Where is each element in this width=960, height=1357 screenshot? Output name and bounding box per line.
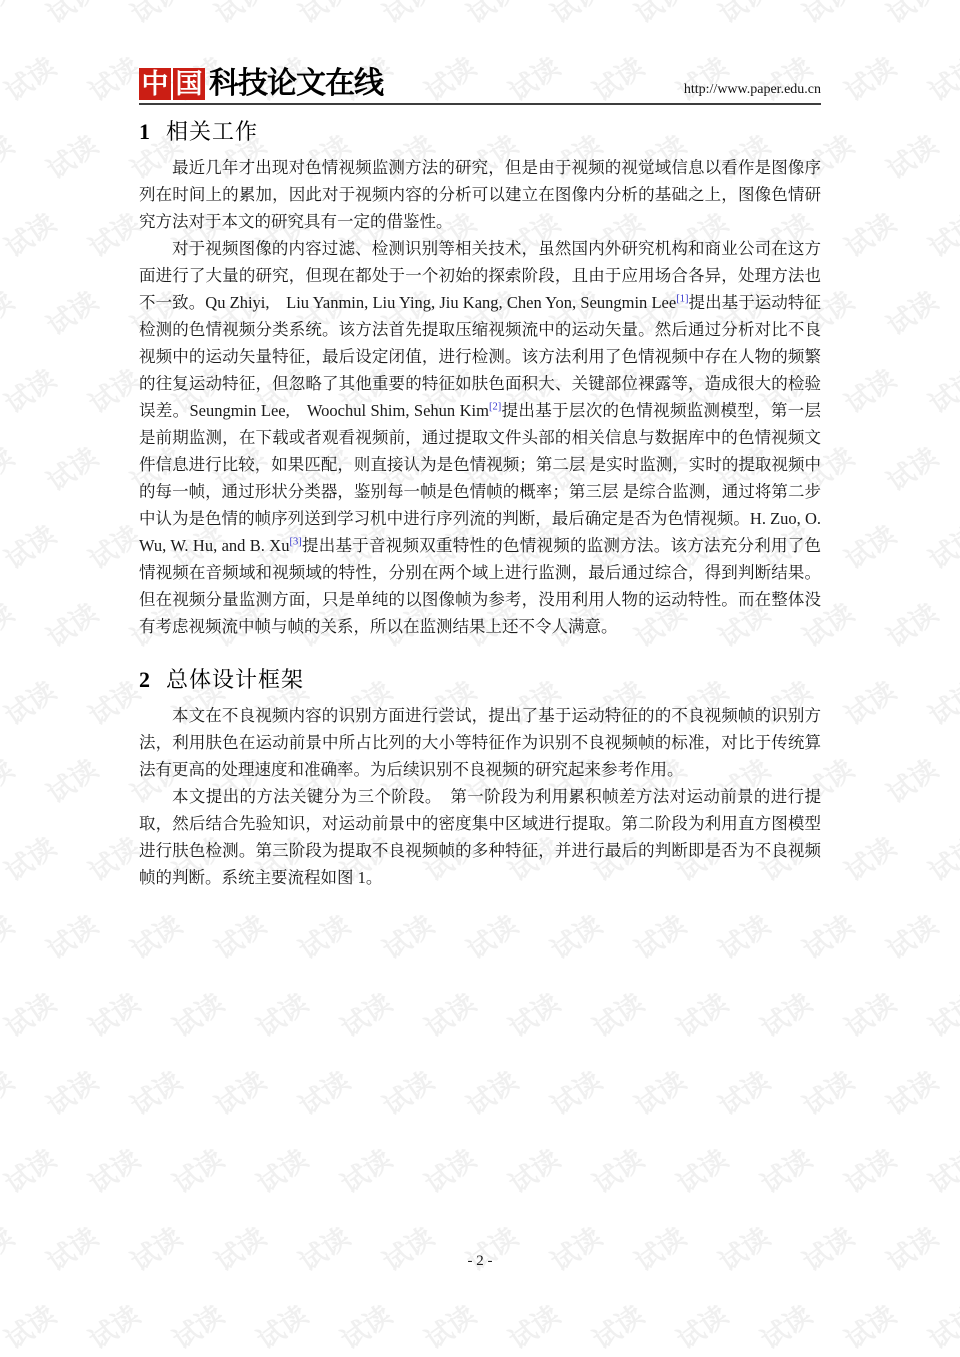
watermark-text: 试读 xyxy=(0,1138,62,1201)
watermark-text: 试读 xyxy=(416,982,483,1045)
watermark-text: 试读 xyxy=(920,982,960,1045)
watermark-text: 试读 xyxy=(0,904,20,967)
site-logo: 中 国 科技论文在线 xyxy=(139,68,383,100)
watermark-text: 试读 xyxy=(374,904,441,967)
watermark-text: 试读 xyxy=(626,1060,693,1123)
watermark-text: 试读 xyxy=(0,1294,62,1357)
watermark-text: 试读 xyxy=(794,904,861,967)
logo-box-char: 国 xyxy=(173,68,205,100)
watermark-text: 试读 xyxy=(0,1060,20,1123)
reference-superscript: [1] xyxy=(676,294,688,305)
section-number: 1 xyxy=(139,119,150,144)
watermark-text: 试读 xyxy=(752,1294,819,1357)
reference-superscript: [3] xyxy=(289,537,301,548)
watermark-text: 试读 xyxy=(206,904,273,967)
watermark-text: 试读 xyxy=(584,1138,651,1201)
watermark-text: 试读 xyxy=(542,904,609,967)
page-header: 中 国 科技论文在线 http://www.paper.edu.cn xyxy=(139,68,821,105)
watermark-text: 试读 xyxy=(710,904,777,967)
watermark-text: 试读 xyxy=(668,982,735,1045)
watermark-text: 试读 xyxy=(668,1294,735,1357)
watermark-text: 试读 xyxy=(500,1294,567,1357)
watermark-text: 试读 xyxy=(164,1138,231,1201)
watermark-text: 试读 xyxy=(878,904,945,967)
section-number: 2 xyxy=(139,667,150,692)
watermark-text: 试读 xyxy=(710,1060,777,1123)
watermark-text: 试读 xyxy=(38,1060,105,1123)
paragraph: 本文在不良视频内容的识别方面进行尝试，提出了基于运动特征的的不良视频帧的识别方法… xyxy=(139,702,821,783)
watermark-text: 试读 xyxy=(920,1138,960,1201)
reference-superscript: [2] xyxy=(489,402,501,413)
watermark-text: 试读 xyxy=(416,1294,483,1357)
document-page: 试读试读试读试读试读试读试读试读试读试读试读试读试读试读试读试读试读试读试读试读… xyxy=(0,0,960,1357)
watermark-text: 试读 xyxy=(332,1138,399,1201)
paragraph-text: 本文提出的方法关键分为三个阶段。 第一阶段为利用累积帧差方法对运动前景的进行提取… xyxy=(139,787,821,887)
watermark-text: 试读 xyxy=(752,982,819,1045)
site-url: http://www.paper.edu.cn xyxy=(684,82,821,100)
watermark-text: 试读 xyxy=(122,904,189,967)
watermark-text: 试读 xyxy=(416,1138,483,1201)
watermark-text: 试读 xyxy=(290,1060,357,1123)
paragraph: 对于视频图像的内容过滤、检测识别等相关技术，虽然国内外研究机构和商业公司在这方面… xyxy=(139,235,821,640)
watermark-text: 试读 xyxy=(0,982,62,1045)
section-heading-2: 2总体设计框架 xyxy=(139,667,821,693)
watermark-text: 试读 xyxy=(584,982,651,1045)
watermark-text: 试读 xyxy=(164,982,231,1045)
page-footer: - 2 - xyxy=(0,1253,960,1270)
watermark-text: 试读 xyxy=(500,1138,567,1201)
section-heading-1: 1相关工作 xyxy=(139,119,821,145)
watermark-text: 试读 xyxy=(206,1060,273,1123)
paragraph: 本文提出的方法关键分为三个阶段。 第一阶段为利用累积帧差方法对运动前景的进行提取… xyxy=(139,783,821,891)
watermark-text: 试读 xyxy=(836,1294,903,1357)
page-number: - 2 - xyxy=(468,1253,493,1269)
section-title: 总体设计框架 xyxy=(166,667,304,692)
watermark-text: 试读 xyxy=(458,904,525,967)
watermark-text: 试读 xyxy=(836,982,903,1045)
watermark-text: 试读 xyxy=(668,1138,735,1201)
watermark-text: 试读 xyxy=(80,1138,147,1201)
paragraph-text: 本文在不良视频内容的识别方面进行尝试，提出了基于运动特征的的不良视频帧的识别方法… xyxy=(139,706,821,779)
watermark-text: 试读 xyxy=(920,1294,960,1357)
watermark-text: 试读 xyxy=(164,1294,231,1357)
watermark-text: 试读 xyxy=(332,1294,399,1357)
watermark-text: 试读 xyxy=(878,1060,945,1123)
watermark-text: 试读 xyxy=(794,1060,861,1123)
watermark-text: 试读 xyxy=(122,1060,189,1123)
watermark-text: 试读 xyxy=(38,904,105,967)
watermark-text: 试读 xyxy=(332,982,399,1045)
paragraph: 最近几年才出现对色情视频监测方法的研究，但是由于视频的视觉域信息以看作是图像序列… xyxy=(139,154,821,235)
watermark-text: 试读 xyxy=(626,904,693,967)
watermark-text: 试读 xyxy=(752,1138,819,1201)
watermark-text: 试读 xyxy=(248,1138,315,1201)
paragraph-text: 提出基于层次的色情视频监测模型，第一层 是前期监测，在下载或者观看视频前，通过提… xyxy=(139,401,821,555)
watermark-text: 试读 xyxy=(584,1294,651,1357)
watermark-text: 试读 xyxy=(836,1138,903,1201)
logo-text: 科技论文在线 xyxy=(209,68,383,100)
watermark-text: 试读 xyxy=(290,904,357,967)
logo-box-char: 中 xyxy=(139,68,171,100)
watermark-text: 试读 xyxy=(458,1060,525,1123)
watermark-text: 试读 xyxy=(248,982,315,1045)
watermark-text: 试读 xyxy=(500,982,567,1045)
page-content: 中 国 科技论文在线 http://www.paper.edu.cn 1相关工作… xyxy=(0,0,960,891)
paragraph-text: 最近几年才出现对色情视频监测方法的研究，但是由于视频的视觉域信息以看作是图像序列… xyxy=(139,158,821,231)
section-title: 相关工作 xyxy=(166,119,258,144)
watermark-text: 试读 xyxy=(542,1060,609,1123)
watermark-text: 试读 xyxy=(80,982,147,1045)
watermark-text: 试读 xyxy=(248,1294,315,1357)
watermark-text: 试读 xyxy=(80,1294,147,1357)
watermark-text: 试读 xyxy=(374,1060,441,1123)
